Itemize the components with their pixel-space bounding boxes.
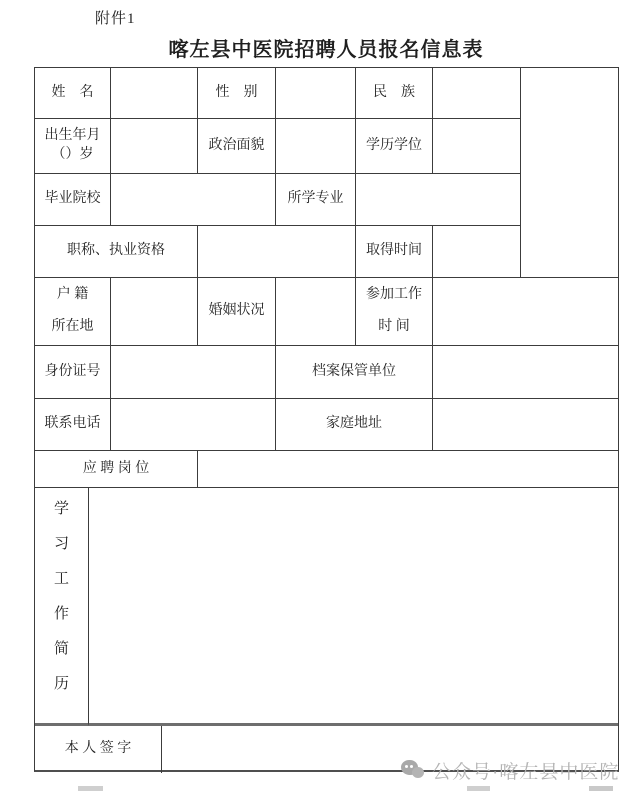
attachment-note: 附件1 <box>95 7 136 28</box>
residence-value-cell <box>111 278 198 346</box>
education-degree-label: 学历学位 <box>356 119 433 174</box>
major-value-cell <box>356 174 521 226</box>
education-degree-value-cell <box>433 119 521 174</box>
marital-status-value-cell <box>276 278 356 346</box>
ethnicity-label: 民 族 <box>356 68 433 119</box>
row-phone-address: 联系电话 家庭地址 <box>35 399 618 451</box>
applied-position-label: 应 聘 岗 位 <box>35 451 198 488</box>
work-start-time-label: 参加工作时 间 <box>356 278 433 346</box>
obtain-time-value-cell <box>433 226 521 278</box>
political-status-value-cell <box>276 119 356 174</box>
resume-label-vertical: 学 习 工 作 简 历 <box>35 488 89 726</box>
registration-form-table: 姓 名 性 别 民 族 出生年月（）岁 政治面貌 学历学位 毕业院校 所学专业 <box>34 67 619 772</box>
major-label: 所学专业 <box>276 174 356 226</box>
bottom-cropped-fragment <box>467 786 490 791</box>
archive-unit-label: 档案保管单位 <box>276 346 433 399</box>
row-position: 应 聘 岗 位 <box>35 451 618 488</box>
qualification-label: 职称、执业资格 <box>35 226 198 278</box>
watermark-text: 公众号·喀左县中医院 <box>432 757 619 784</box>
gender-value-cell <box>276 68 356 119</box>
id-number-value-cell <box>111 346 276 399</box>
gender-label: 性 别 <box>198 68 276 119</box>
residence-label: 户 籍所在地 <box>35 278 111 346</box>
graduation-school-value-cell <box>111 174 276 226</box>
work-start-time-value-cell <box>433 278 618 346</box>
id-number-label: 身份证号 <box>35 346 111 399</box>
marital-status-label: 婚姻状况 <box>198 278 276 346</box>
applied-position-value-cell <box>198 451 618 488</box>
name-label: 姓 名 <box>35 68 111 119</box>
bottom-cropped-fragment <box>78 786 103 791</box>
signature-label: 本 人 签 字 <box>35 726 162 773</box>
ethnicity-value-cell <box>433 68 521 119</box>
home-address-label: 家庭地址 <box>276 399 433 451</box>
document-page: 附件1 喀左县中医院招聘人员报名信息表 姓 名 性 别 民 族 出生年月（）岁 … <box>0 0 636 791</box>
home-address-value-cell <box>433 399 618 451</box>
bottom-cropped-fragment <box>589 786 613 791</box>
phone-label: 联系电话 <box>35 399 111 451</box>
graduation-school-label: 毕业院校 <box>35 174 111 226</box>
photo-box <box>521 68 618 278</box>
phone-value-cell <box>111 399 276 451</box>
birthdate-label: 出生年月（）岁 <box>35 119 111 174</box>
row-resume: 学 习 工 作 简 历 <box>35 488 618 726</box>
official-account-watermark: 公众号·喀左县中医院 <box>401 757 619 784</box>
birthdate-value-cell <box>111 119 198 174</box>
name-value-cell <box>111 68 198 119</box>
obtain-time-label: 取得时间 <box>356 226 433 278</box>
resume-content-cell <box>89 488 618 726</box>
wechat-bubbles-icon <box>401 758 427 784</box>
political-status-label: 政治面貌 <box>198 119 276 174</box>
archive-unit-value-cell <box>433 346 618 399</box>
row-id-archive: 身份证号 档案保管单位 <box>35 346 618 399</box>
qualification-value-cell <box>198 226 356 278</box>
page-title: 喀左县中医院招聘人员报名信息表 <box>0 33 636 62</box>
row-residence-marital-workstart: 户 籍所在地 婚姻状况 参加工作时 间 <box>35 278 618 346</box>
